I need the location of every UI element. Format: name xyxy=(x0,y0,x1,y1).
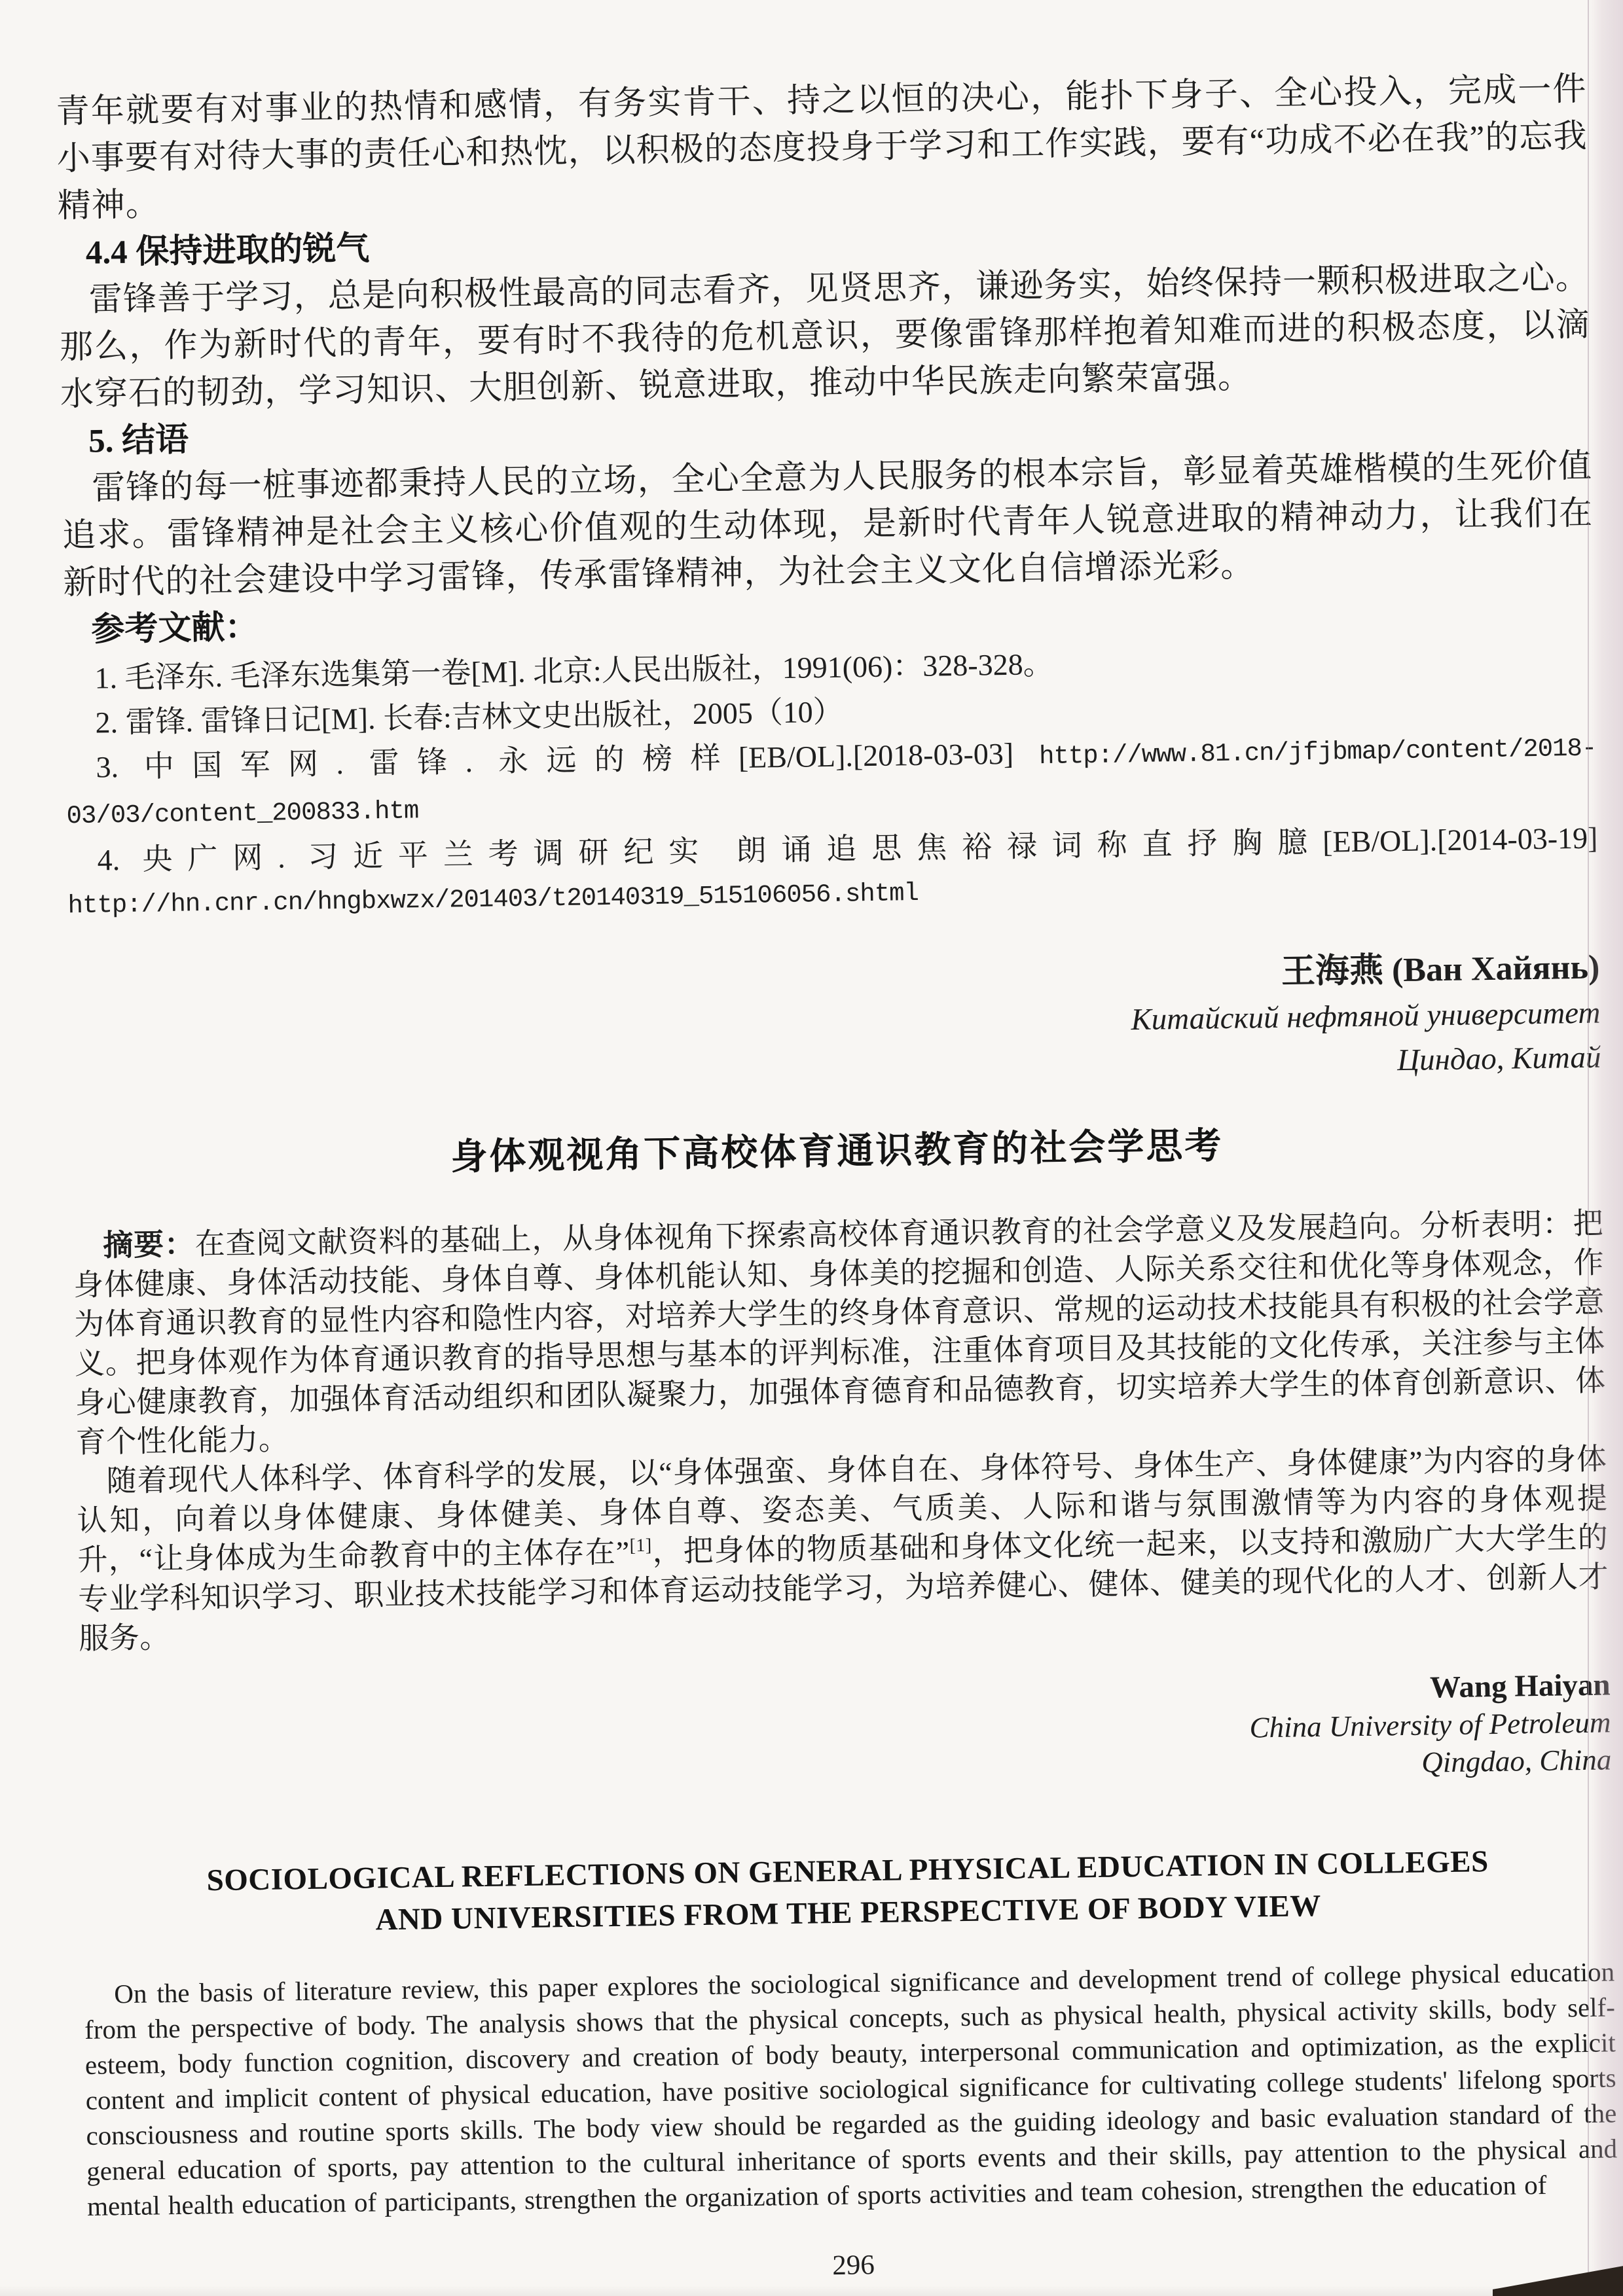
article-title-chinese: 身体观视角下高校体育通识教育的社会学思考 xyxy=(71,1113,1603,1190)
scan-right-edge-shadow xyxy=(1588,0,1623,2296)
scan-bottom-edge-shadow xyxy=(0,2286,1623,2296)
author-block-russian: 王海燕 (Ван Хайянь) Китайский нефтяной унив… xyxy=(69,945,1601,1103)
paragraph-continued: 青年就要有对事业的热情和感情，有务实肯干、持之以恒的决心，能扑下身子、全心投入，… xyxy=(56,66,1588,230)
citation-superscript: [1] xyxy=(629,1535,652,1556)
author-block-english: Wang Haiyan China University of Petroleu… xyxy=(79,1666,1611,1801)
reference-text: 1. 毛泽东. 毛泽东选集第一卷[M]. 北京:人民出版社，1991(06)：3… xyxy=(94,647,1053,695)
article-title-english: SOCIOLOGICAL REFLECTIONS ON GENERAL PHYS… xyxy=(82,1839,1614,1945)
scanned-paper-page: 青年就要有对事业的热情和感情，有务实肯干、持之以恒的决心，能扑下身子、全心投入，… xyxy=(0,0,1623,2296)
abstract-chinese: 摘要：在查阅文献资料的基础上，从身体视角下探索高校体育通识教育的社会学意义及发展… xyxy=(73,1204,1610,1659)
references-list: 1. 毛泽东. 毛泽东选集第一卷[M]. 北京:人民出版社，1991(06)：3… xyxy=(64,636,1599,927)
paragraph-conclusion: 雷锋的每一桩事迹都秉持人民的立场，全心全意为人民服务的根本宗旨，彰显着英雄楷模的… xyxy=(62,443,1594,607)
reference-url: http://hn.cnr.cn/hngbxwzx/201403/t201403… xyxy=(67,879,919,920)
abstract-paragraph-1: 摘要：在查阅文献资料的基础上，从身体视角下探索高校体育通识教育的社会学意义及发展… xyxy=(73,1204,1607,1462)
abstract-english: On the basis of literature review, this … xyxy=(84,1954,1618,2224)
page-number: 296 xyxy=(88,2238,1618,2293)
reference-text: 2. 雷锋. 雷锋日记[M]. 长春:吉林文史出版社，2005（10） xyxy=(95,695,843,740)
page-content: 青年就要有对事业的热情和感情，有务实肯干、持之以恒的决心，能扑下身子、全心投入，… xyxy=(56,66,1619,2293)
abstract-paragraph-2: 随着现代人体科学、体育科学的发展，以“身体强蛮、身体自在、身体符号、身体生产、身… xyxy=(76,1439,1609,1659)
paragraph-4-4: 雷锋善于学习，总是向积极性最高的同志看齐，见贤思齐，谦逊务实，始终保持一颗积极进… xyxy=(58,255,1591,419)
abstract-text: 在查阅文献资料的基础上，从身体视角下探索高校体育通识教育的社会学意义及发展趋向。… xyxy=(73,1206,1606,1459)
reference-text: 3. 中国军网. 雷锋. 永远的榜样[EB/OL].[2018-03-03] xyxy=(96,736,1039,783)
abstract-label: 摘要： xyxy=(103,1227,195,1262)
